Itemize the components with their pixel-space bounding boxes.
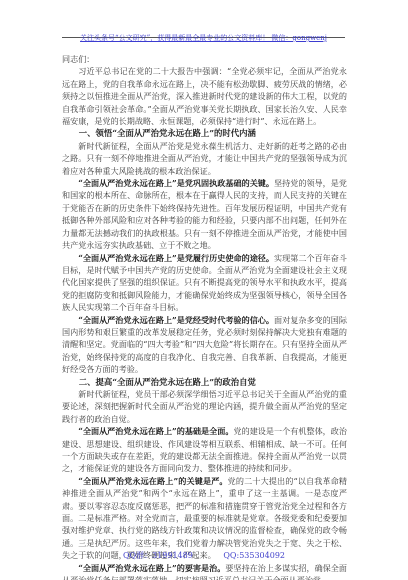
lead-sentence: “全面从严治党永远在路上”的基础是全面。 xyxy=(78,426,233,436)
lead-sentence: “全面从严治党永远在路上”的关键是严。 xyxy=(78,476,227,486)
lead-sentence: “全面从严治党永远在路上”是党履行历史使命的途径。 xyxy=(78,253,274,263)
section-heading: 一、领悟“全面从严治党永远在路上”的时代内涵 xyxy=(62,127,347,139)
watermark-link[interactable]: 关注头条号“公文研究”，获得最新最全最专业的公文资料库！ 微信：gongwenj xyxy=(80,34,327,42)
body-paragraph: “全面从严治党永远在路上”是党巩固执政基础的关键。坚持党的领导，是党和国家的根本… xyxy=(62,177,347,251)
body-paragraph: “全面从严治党永远在路上”的关键是严。党的二十大提出的“以自我革命精神推进全面从… xyxy=(62,475,347,562)
body-paragraph: 新时代新征程，党员干部必须深学细悟习近平总书记关于全面从严治党的重要论述，深刻把… xyxy=(62,388,347,425)
body-paragraph: “全面从严治党永远在路上”的要害是治。要坚持在治上多谋实招，确保全面从严治党任务… xyxy=(62,562,347,580)
body-paragraph: “全面从严治党永远在路上”是党履行历史使命的途径。实现第二个百年奋斗目标，是时代… xyxy=(62,252,347,314)
footer-contact: QQ群：31991489 QQ:535304092 xyxy=(0,550,408,561)
body-paragraph: 新时代新征程，全面从严治党是党永葆生机活力、走好新的赶考之路的必由之路。只有一刻… xyxy=(62,140,347,177)
body-paragraph: “全面从严治党永远在路上”是党经受时代考验的信心。面对复杂多变的国际国内形势和艰… xyxy=(62,314,347,376)
section-heading: 二、提高“全面从严治党永远在路上”的政治自觉 xyxy=(62,376,347,388)
watermark-header: 关注头条号“公文研究”，获得最新最全最专业的公文资料库！ 微信：gongwenj xyxy=(62,25,345,38)
body-paragraph: “全面从严治党永远在路上”的基础是全面。党的建设是一个有机整体，政治建设、思想建… xyxy=(62,425,347,475)
lead-sentence: “全面从严治党永远在路上”是党巩固执政基础的关键。 xyxy=(78,178,274,188)
lead-sentence: “全面从严治党永远在路上”的要害是治。 xyxy=(78,563,225,573)
document-body: 同志们： 习近平总书记在党的二十大报告中强调：“全党必须牢记，全面从严治党永远在… xyxy=(62,53,347,580)
qq-group: QQ群：31991489 xyxy=(123,551,193,560)
lead-sentence: “全面从严治党永远在路上”是党经受时代考验的信心。 xyxy=(78,315,274,325)
qq-number: QQ:535304092 xyxy=(223,551,285,560)
body-paragraph: 习近平总书记在党的二十大报告中强调：“全党必须牢记，全面从严治党永远在路上，党的… xyxy=(62,65,347,127)
salutation: 同志们： xyxy=(62,53,347,65)
paragraph-list: 习近平总书记在党的二十大报告中强调：“全党必须牢记，全面从严治党永远在路上，党的… xyxy=(62,65,347,580)
